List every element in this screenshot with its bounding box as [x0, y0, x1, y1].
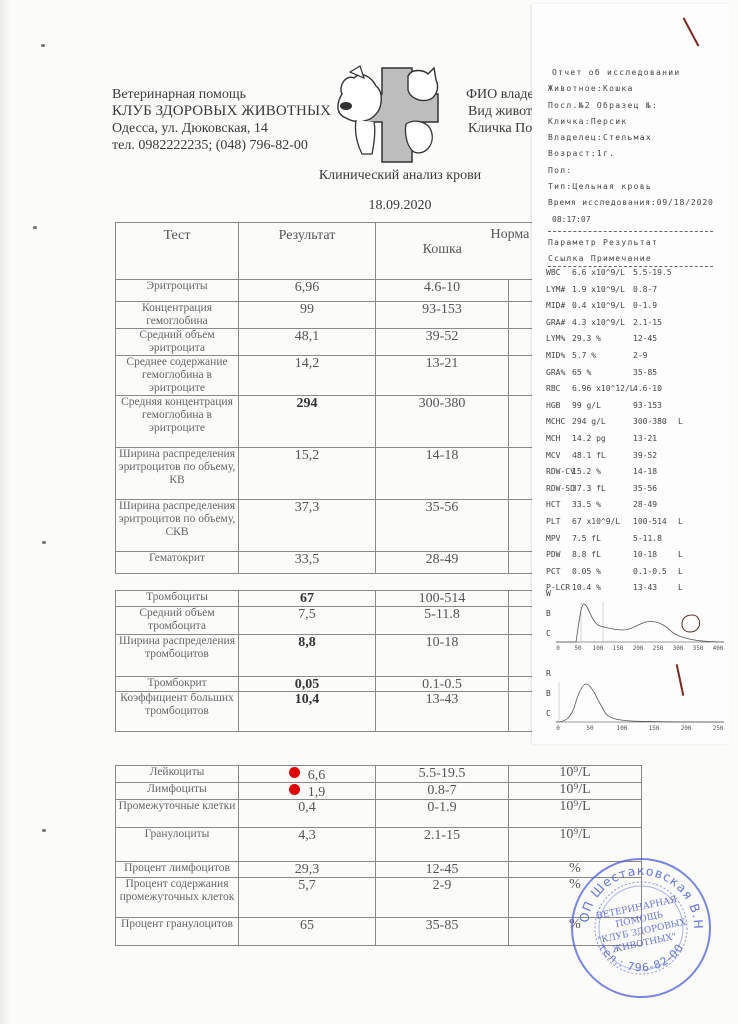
- printout-result: 67 x10^9/L: [572, 517, 620, 526]
- test-result-value: 1,9: [308, 785, 326, 800]
- printout-owner: Владелец:Стельмах: [548, 130, 714, 146]
- test-norm: 5.5-19.5: [376, 766, 509, 783]
- printout-param: MID%: [546, 351, 565, 360]
- clinic-logo-icon: [332, 64, 447, 164]
- printout-age: Возраст:1г.: [548, 146, 714, 162]
- test-norm: 4.6-10: [376, 280, 509, 302]
- table-row: Лимфоциты1,90.8-710⁹/L: [116, 783, 642, 800]
- printout-result: 14.2 pg: [572, 434, 606, 443]
- printout-param: RBC: [546, 384, 560, 393]
- test-name: Средняя концентрация гемоглобина в эритр…: [116, 396, 239, 448]
- test-norm: 2-9: [376, 878, 509, 918]
- test-result: 29,3: [239, 862, 376, 878]
- printout-reference: 2-9: [633, 351, 647, 360]
- test-norm: 300-380: [376, 396, 509, 448]
- printout-result: 4.3 x10^9/L: [572, 318, 625, 327]
- test-result: 0,05: [239, 677, 376, 692]
- printout-reference: 13-21: [633, 434, 657, 443]
- printout-columns: Параметр Результат Ссылка Примечание: [548, 235, 658, 268]
- test-norm: 35-85: [376, 918, 509, 946]
- svg-text:C: C: [546, 709, 551, 718]
- test-norm: 28-49: [376, 552, 509, 574]
- test-result: 65: [239, 918, 376, 946]
- printout-animal: Животное:Кошка: [548, 81, 714, 97]
- red-marker-icon: [289, 784, 300, 795]
- svg-text:100: 100: [593, 645, 604, 652]
- printout-result: 294 g/L: [572, 417, 606, 426]
- svg-text:300: 300: [673, 645, 684, 652]
- svg-text:50: 50: [586, 725, 594, 732]
- printout-time: 08:17:07: [548, 212, 714, 228]
- test-result: 1,9: [239, 783, 376, 800]
- test-result: 33,5: [239, 552, 376, 574]
- svg-text:250: 250: [653, 645, 664, 652]
- printout-param: RDW-SD: [546, 484, 575, 493]
- test-norm: 35-56: [376, 500, 509, 552]
- test-result-value: 4,3: [298, 828, 316, 843]
- printout-header: Отчет об исследовании Животное:Кошка Пос…: [548, 65, 714, 228]
- printout-reference: 0.1-0.5: [633, 567, 667, 576]
- test-name: Ширина распределения эритроцитов по объе…: [116, 448, 239, 500]
- printout-reference: 4.6-10: [633, 384, 662, 393]
- test-unit: 10⁹/L: [509, 783, 642, 800]
- table-row: Гранулоциты4,32.1-1510⁹/L: [116, 828, 642, 862]
- divider: [548, 266, 713, 267]
- svg-text:C: C: [546, 629, 551, 638]
- analyzer-printout: Отчет об исследовании Животное:Кошка Пос…: [532, 4, 730, 744]
- test-name: Гематокрит: [116, 552, 239, 574]
- printout-reference: 35-56: [633, 484, 657, 493]
- table-row: Процент лимфоцитов29,312-45%: [116, 862, 642, 878]
- printout-reference: 5-11.8: [633, 534, 662, 543]
- printout-flag: L: [678, 550, 683, 559]
- test-result-value: 65: [300, 918, 314, 933]
- punch-mark: [42, 541, 46, 544]
- table-row: Процент содержания промежуточных клеток5…: [116, 878, 642, 918]
- clinic-phone: тел. 0982222235; (048) 796-82-00: [112, 137, 331, 154]
- svg-text:150: 150: [649, 725, 660, 732]
- clinic-name: КЛУБ ЗДОРОВЫХ ЖИВОТНЫХ: [112, 103, 331, 120]
- test-result: 294: [239, 396, 376, 448]
- printout-reference: 300-380: [633, 417, 667, 426]
- test-result: 4,3: [239, 828, 376, 862]
- test-result: 37,3: [239, 500, 376, 552]
- svg-text:50: 50: [574, 645, 582, 652]
- test-name: Коэффициент больших тромбоцитов: [116, 692, 239, 732]
- pen-circle-mark: [678, 612, 704, 636]
- test-name: Тромбокрит: [116, 677, 239, 692]
- printout-result: 6.96 x10^12/L: [572, 384, 635, 393]
- printout-result: 33.5 %: [572, 500, 601, 509]
- printout-sex: Пол:: [548, 163, 714, 179]
- table-row: Процент гранулоцитов6535-85%: [116, 918, 642, 946]
- test-name: Ширина распределения тромбоцитов: [116, 635, 239, 677]
- svg-text:0: 0: [556, 725, 560, 732]
- printout-time-label: Время исследования:09/18/2020: [548, 195, 714, 211]
- printout-seq: Посл.№2 Образец №:: [548, 98, 714, 114]
- printout-param: MCV: [546, 451, 560, 460]
- svg-text:W: W: [546, 589, 551, 598]
- punch-mark: [33, 226, 37, 229]
- test-result-value: 5,7: [298, 878, 316, 893]
- test-norm: 13-43: [376, 692, 509, 732]
- printout-result: 99 g/L: [572, 401, 601, 410]
- svg-text:0: 0: [556, 645, 560, 652]
- test-name: Эритроциты: [116, 280, 239, 302]
- test-result: 15,2: [239, 448, 376, 500]
- col-norm: Кошка: [376, 223, 509, 280]
- printout-reference: 28-49: [633, 500, 657, 509]
- col-result: Результат: [239, 223, 376, 280]
- test-norm: 100-514: [376, 591, 509, 607]
- printout-param: LYM#: [546, 285, 565, 294]
- printout-reference: 39-52: [633, 451, 657, 460]
- printout-result: 8.8 fL: [572, 550, 601, 559]
- printout-param: MCH: [546, 434, 560, 443]
- printout-col-headers: Параметр Результат: [548, 235, 658, 251]
- test-norm: 12-45: [376, 862, 509, 878]
- red-marker-icon: [289, 767, 300, 778]
- test-name: Средний объем эритроцита: [116, 329, 239, 356]
- owner-name-label: ФИО владе: [466, 86, 534, 103]
- printout-reference: 0.8-7: [633, 285, 657, 294]
- svg-text:200: 200: [681, 725, 692, 732]
- printout-result: 1.9 x10^9/L: [572, 285, 625, 294]
- table-row: Лейкоциты6,65.5-19.510⁹/L: [116, 766, 642, 783]
- printout-reference: 12-45: [633, 334, 657, 343]
- punch-mark: [42, 829, 46, 832]
- printout-result: 5.7 %: [572, 351, 596, 360]
- svg-text:400: 400: [713, 645, 724, 652]
- species-label: Вид живот: [466, 103, 534, 120]
- table-row: Промежуточные клетки0,40-1.910⁹/L: [116, 800, 642, 828]
- test-name: Лейкоциты: [116, 766, 239, 783]
- printout-title: Отчет об исследовании: [548, 65, 714, 81]
- clinic-header: Ветеринарная помощь КЛУБ ЗДОРОВЫХ ЖИВОТН…: [112, 86, 331, 154]
- test-name: Тромбоциты: [116, 591, 239, 607]
- wbc-results-table: Лейкоциты6,65.5-19.510⁹/LЛимфоциты1,90.8…: [115, 765, 642, 946]
- test-result: 99: [239, 302, 376, 329]
- printout-param: HCT: [546, 500, 560, 509]
- test-result: 10,4: [239, 692, 376, 732]
- printout-reference: 5.5-19.5: [633, 268, 672, 277]
- printout-reference: 10-18: [633, 550, 657, 559]
- test-norm: 0-1.9: [376, 800, 509, 828]
- printout-type: Тип:Цельная кровь: [548, 179, 714, 195]
- test-name: Процент гранулоцитов: [116, 918, 239, 946]
- test-result-value: 6,6: [308, 768, 326, 783]
- test-name: Процент содержания промежуточных клеток: [116, 878, 239, 918]
- printout-param: MID#: [546, 301, 565, 310]
- test-norm: 10-18: [376, 635, 509, 677]
- test-result: 5,7: [239, 878, 376, 918]
- printout-param: HGB: [546, 401, 560, 410]
- printout-reference: 14-18: [633, 467, 657, 476]
- printout-param: RDW-CV: [546, 467, 575, 476]
- printout-result: 0.05 %: [572, 567, 601, 576]
- printout-param: PDW: [546, 550, 560, 559]
- col-norm-title: Норма: [491, 227, 530, 242]
- test-norm: 2.1-15: [376, 828, 509, 862]
- printout-param: GRA#: [546, 318, 565, 327]
- owner-info: ФИО владе Вид живот Кличка По: [466, 86, 534, 137]
- svg-text:100: 100: [617, 725, 628, 732]
- test-norm: 13-21: [376, 356, 509, 396]
- svg-text:150: 150: [613, 645, 624, 652]
- test-norm: 0.8-7: [376, 783, 509, 800]
- test-result: 6,6: [239, 766, 376, 783]
- printout-flag: L: [678, 417, 683, 426]
- test-result: 0,4: [239, 800, 376, 828]
- test-name: Промежуточные клетки: [116, 800, 239, 828]
- test-name: Гранулоциты: [116, 828, 239, 862]
- test-norm: 5-11.8: [376, 607, 509, 635]
- printout-result: 65 %: [572, 368, 591, 377]
- test-norm: 39-52: [376, 329, 509, 356]
- test-result-value: 0,4: [298, 800, 316, 815]
- printout-reference: 35-85: [633, 368, 657, 377]
- pet-name-label: Кличка По: [466, 120, 534, 137]
- printout-nickname: Кличка:Персик: [548, 114, 714, 130]
- test-norm: 93-153: [376, 302, 509, 329]
- printout-param: WBC: [546, 268, 560, 277]
- printout-result: 29.3 %: [572, 334, 601, 343]
- printout-reference: 0-1.9: [633, 301, 657, 310]
- test-name: Концентрация гемоглобина: [116, 302, 239, 329]
- printout-param: GRA%: [546, 368, 565, 377]
- test-result: 6,96: [239, 280, 376, 302]
- clinic-stamp-icon: ФОП Шестаковская В.Н. тел.: 796-82-00 ВЕ…: [568, 855, 714, 1001]
- printout-param: PLT: [546, 517, 560, 526]
- svg-text:250: 250: [713, 725, 724, 732]
- punch-mark: [41, 44, 45, 47]
- document-title: Клинический анализ крови: [240, 168, 560, 184]
- printout-reference: 100-514: [633, 517, 667, 526]
- printout-result: 6.6 x10^9/L: [572, 268, 625, 277]
- clinic-type: Ветеринарная помощь: [112, 86, 331, 103]
- col-norm-species: Кошка: [423, 242, 462, 257]
- test-result: 48,1: [239, 329, 376, 356]
- document-date: 18.09.2020: [240, 198, 560, 214]
- test-norm: 14-18: [376, 448, 509, 500]
- svg-text:200: 200: [633, 645, 644, 652]
- printout-result: 48.1 fL: [572, 451, 606, 460]
- svg-text:350: 350: [693, 645, 704, 652]
- printout-reference: 2.1-15: [633, 318, 662, 327]
- printout-param: LYM%: [546, 334, 565, 343]
- test-name: Средний объем тромбоцита: [116, 607, 239, 635]
- divider: [548, 231, 713, 232]
- svg-text:R: R: [546, 669, 551, 678]
- printout-reference: 93-153: [633, 401, 662, 410]
- printout-flag: L: [678, 517, 683, 526]
- printout-param: MCHC: [546, 417, 565, 426]
- test-result: 8,8: [239, 635, 376, 677]
- col-test: Тест: [116, 223, 239, 280]
- test-unit: 10⁹/L: [509, 800, 642, 828]
- test-name: Среднее содержание гемоглобина в эритроц…: [116, 356, 239, 396]
- test-result: 14,2: [239, 356, 376, 396]
- printout-result: 7.5 fL: [572, 534, 601, 543]
- printout-result: 37.3 fL: [572, 484, 606, 493]
- test-norm: 0.1-0.5: [376, 677, 509, 692]
- printout-param: MPV: [546, 534, 560, 543]
- rbc-histogram: R B C 050100150200250: [546, 662, 726, 734]
- test-result: 7,5: [239, 607, 376, 635]
- printout-flag: L: [678, 567, 683, 576]
- test-name: Ширина распределения эритроцитов по объе…: [116, 500, 239, 552]
- svg-text:B: B: [546, 689, 551, 698]
- test-name: Лимфоциты: [116, 783, 239, 800]
- svg-text:B: B: [546, 609, 551, 618]
- test-unit: 10⁹/L: [509, 766, 642, 783]
- test-result-value: 29,3: [295, 862, 320, 877]
- test-name: Процент лимфоцитов: [116, 862, 239, 878]
- printout-result: 0.4 x10^9/L: [572, 301, 625, 310]
- printout-param: PCT: [546, 567, 560, 576]
- printout-result: 15.2 %: [572, 467, 601, 476]
- clinic-address: Одесса, ул. Дюковская, 14: [112, 120, 331, 137]
- test-result: 67: [239, 591, 376, 607]
